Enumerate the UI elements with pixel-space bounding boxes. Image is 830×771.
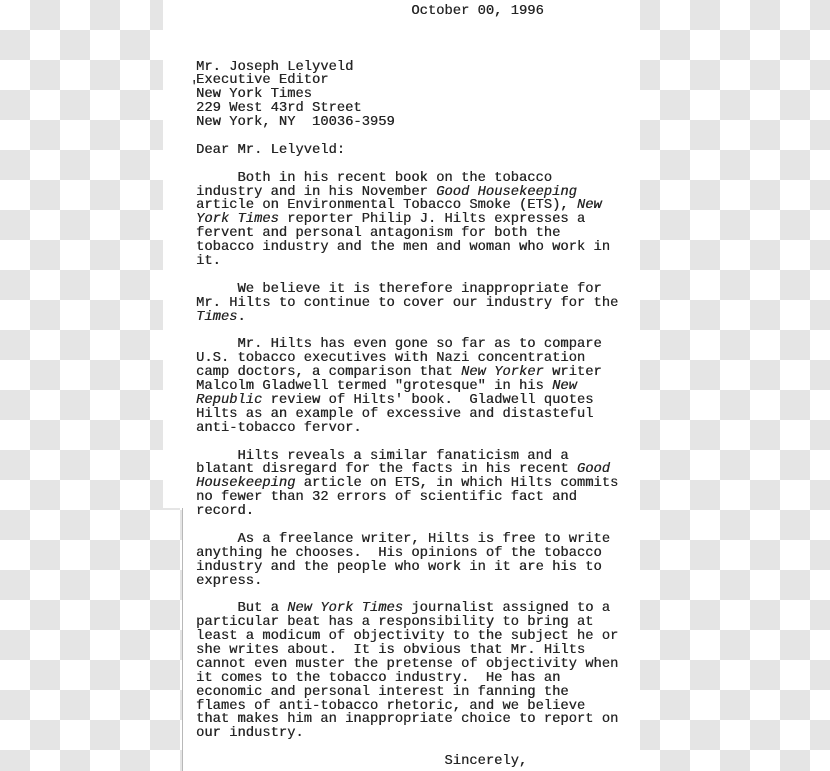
letter-line [196,741,618,755]
letter-line: New York, NY 10036-3959 [196,116,618,130]
letter-line: October 00, 1996 [196,5,618,19]
stray-mark: ' [190,82,198,92]
letter-line [196,33,618,47]
letter-line: least a modicum of objectivity to the su… [196,630,618,644]
letter-line: As a freelance writer, Hilts is free to … [196,533,618,547]
letter-line [196,19,618,33]
letter-line [196,519,618,533]
letter-line: tobacco industry and the men and woman w… [196,241,618,255]
letter-line: it comes to the tobacco industry. He has… [196,672,618,686]
letter-line [196,269,618,283]
letter-line: Hilts as an example of excessive and dis… [196,408,618,422]
letter-line: Sincerely, [196,755,618,769]
letter-line: no fewer than 32 errors of scientific fa… [196,491,618,505]
letter-line: economic and personal interest in fannin… [196,686,618,700]
screenshot-root: { "colors": { "checker_gray": "#e5e5e5",… [0,0,830,771]
letter-line: record. [196,505,618,519]
letter-line: Mr. Hilts to continue to cover our indus… [196,297,618,311]
letter-line: Malcolm Gladwell termed "grotesque" in h… [196,380,618,394]
letter-line: We believe it is therefore inappropriate… [196,283,618,297]
letter-line: camp doctors, a comparison that New York… [196,366,618,380]
letter-line: Republic review of Hilts' book. Gladwell… [196,394,618,408]
letter-line: anything he chooses. His opinions of the… [196,547,618,561]
letter-line [196,158,618,172]
letter-line: industry and the people who work in it a… [196,561,618,575]
letter-line [196,47,618,61]
letter-line: particular beat has a responsibility to … [196,616,618,630]
letter-line: our industry. [196,727,618,741]
letter-line [196,436,618,450]
letter-line [196,130,618,144]
letter-line: Times. [196,311,618,325]
letter-line: Both in his recent book on the tobacco [196,172,618,186]
letter-line: anti-tobacco fervor. [196,422,618,436]
letter-line: it. [196,255,618,269]
letter-line: express. [196,575,618,589]
letter-line: Dear Mr. Lelyveld: [196,144,618,158]
letter-body: October 00, 1996 Mr. Joseph LelyveldExec… [196,5,618,769]
letter-line: she writes about. It is obvious that Mr.… [196,644,618,658]
letter-line: cannot even muster the pretense of objec… [196,658,618,672]
